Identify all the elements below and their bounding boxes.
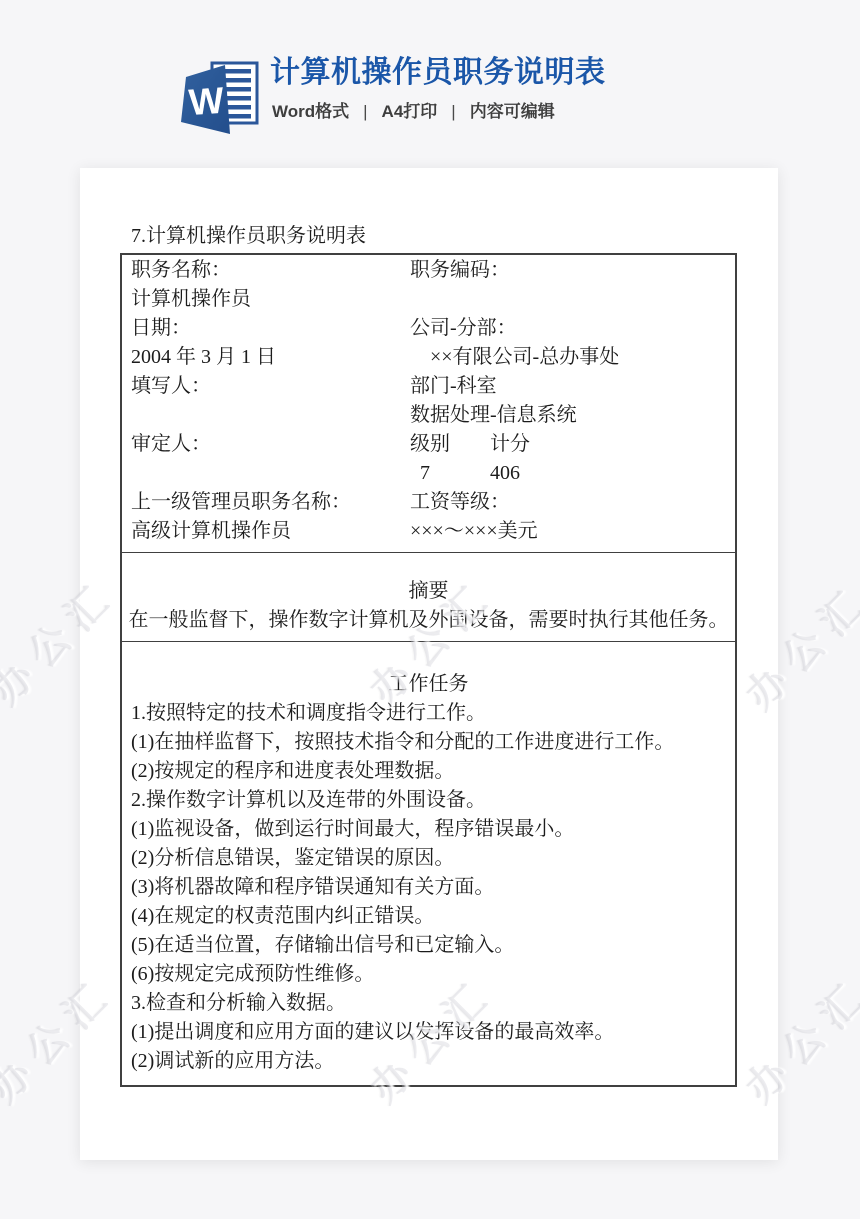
a4-print-badge: A4打印 — [382, 102, 438, 121]
info-cell-right: 公司-分部： — [410, 314, 735, 343]
task-item: 3.检查和分析输入数据。 — [131, 989, 735, 1018]
info-row: 数据处理-信息系统 — [131, 401, 735, 430]
info-row: 审定人：级别 计分 — [131, 430, 735, 459]
info-cell-right: 级别 计分 — [410, 430, 735, 459]
info-cell-right: 部门-科室 — [410, 372, 735, 401]
info-row: 计算机操作员 — [131, 285, 735, 314]
info-row: 2004 年 3 月 1 日 ××有限公司-总办事处 — [131, 343, 735, 372]
info-row: 上一级管理员职务名称：工资等级： — [131, 488, 735, 517]
info-row: 填写人：部门-科室 — [131, 372, 735, 401]
tasks-title: 工作任务 — [131, 670, 735, 699]
info-cell-right: ×××～×××美元 — [410, 517, 735, 546]
word-format-badge: Word格式 — [272, 102, 349, 121]
task-item: (4)在规定的权责范围内纠正错误。 — [131, 902, 735, 931]
info-row: 日期：公司-分部： — [131, 314, 735, 343]
info-cell-right: 工资等级： — [410, 488, 735, 517]
info-cell-left: 高级计算机操作员 — [131, 517, 410, 546]
info-cell-right: 7 406 — [410, 459, 735, 488]
info-cell-left: 2004 年 3 月 1 日 — [131, 343, 410, 372]
info-row: 7 406 — [131, 459, 735, 488]
task-item: (1)在抽样监督下，按照技术指令和分配的工作进度进行工作。 — [131, 728, 735, 757]
info-cell-left: 计算机操作员 — [131, 285, 410, 314]
task-item: (2)按规定的程序和进度表处理数据。 — [131, 757, 735, 786]
info-cell-left: 上一级管理员职务名称： — [131, 488, 410, 517]
separator-icon: | — [363, 100, 367, 124]
task-item: (2)分析信息错误，鉴定错误的原因。 — [131, 844, 735, 873]
info-cell-left: 审定人： — [131, 430, 410, 459]
info-cell-right: 职务编码： — [410, 256, 735, 285]
task-item: (3)将机器故障和程序错误通知有关方面。 — [131, 873, 735, 902]
job-description-table: 职务名称：职务编码：计算机操作员日期：公司-分部：2004 年 3 月 1 日 … — [120, 253, 737, 1087]
task-item: (2)调试新的应用方法。 — [131, 1047, 735, 1076]
document-page: 7.计算机操作员职务说明表 职务名称：职务编码：计算机操作员日期：公司-分部：2… — [80, 168, 778, 1160]
svg-text:W: W — [187, 80, 225, 123]
info-cell-right: ××有限公司-总办事处 — [410, 343, 735, 372]
task-list: 1.按照特定的技术和调度指令进行工作。(1)在抽样监督下，按照技术指令和分配的工… — [131, 699, 735, 1076]
separator-icon: | — [451, 100, 455, 124]
summary-title: 摘要 — [122, 577, 735, 606]
info-cell-left: 职务名称： — [131, 256, 410, 285]
info-cell-right — [410, 285, 735, 314]
doc-heading: 7.计算机操作员职务说明表 — [131, 222, 366, 251]
info-cell-left: 填写人： — [131, 372, 410, 401]
task-item: 2.操作数字计算机以及连带的外围设备。 — [131, 786, 735, 815]
job-info-section: 职务名称：职务编码：计算机操作员日期：公司-分部：2004 年 3 月 1 日 … — [122, 255, 735, 552]
task-item: (1)提出调度和应用方面的建议以发挥设备的最高效率。 — [131, 1018, 735, 1047]
page-canvas: 办公汇 办公汇 办公汇 办公汇 办公汇 办公汇 W 计算机操作员职务说明表 Wo… — [0, 0, 860, 1219]
info-cell-left — [131, 459, 410, 488]
page-title[interactable]: 计算机操作员职务说明表 — [270, 54, 606, 92]
summary-section: 摘要 在一般监督下，操作数字计算机及外围设备，需要时执行其他任务。 — [122, 552, 735, 641]
task-item: (5)在适当位置，存储输出信号和已定输入。 — [131, 931, 735, 960]
info-cell-left: 日期： — [131, 314, 410, 343]
info-cell-left — [131, 401, 410, 430]
task-item: 1.按照特定的技术和调度指令进行工作。 — [131, 699, 735, 728]
task-item: (6)按规定完成预防性维修。 — [131, 960, 735, 989]
info-row: 职务名称：职务编码： — [131, 256, 735, 285]
info-cell-right: 数据处理-信息系统 — [410, 401, 735, 430]
tasks-section: 工作任务 1.按照特定的技术和调度指令进行工作。(1)在抽样监督下，按照技术指令… — [122, 641, 735, 1085]
summary-body: 在一般监督下，操作数字计算机及外围设备，需要时执行其他任务。 — [122, 606, 735, 635]
task-item: (1)监视设备，做到运行时间最大，程序错误最小。 — [131, 815, 735, 844]
format-badges: Word格式|A4打印|内容可编辑 — [272, 100, 555, 124]
word-icon: W — [174, 60, 260, 140]
info-row: 高级计算机操作员×××～×××美元 — [131, 517, 735, 546]
editable-badge: 内容可编辑 — [470, 102, 555, 121]
